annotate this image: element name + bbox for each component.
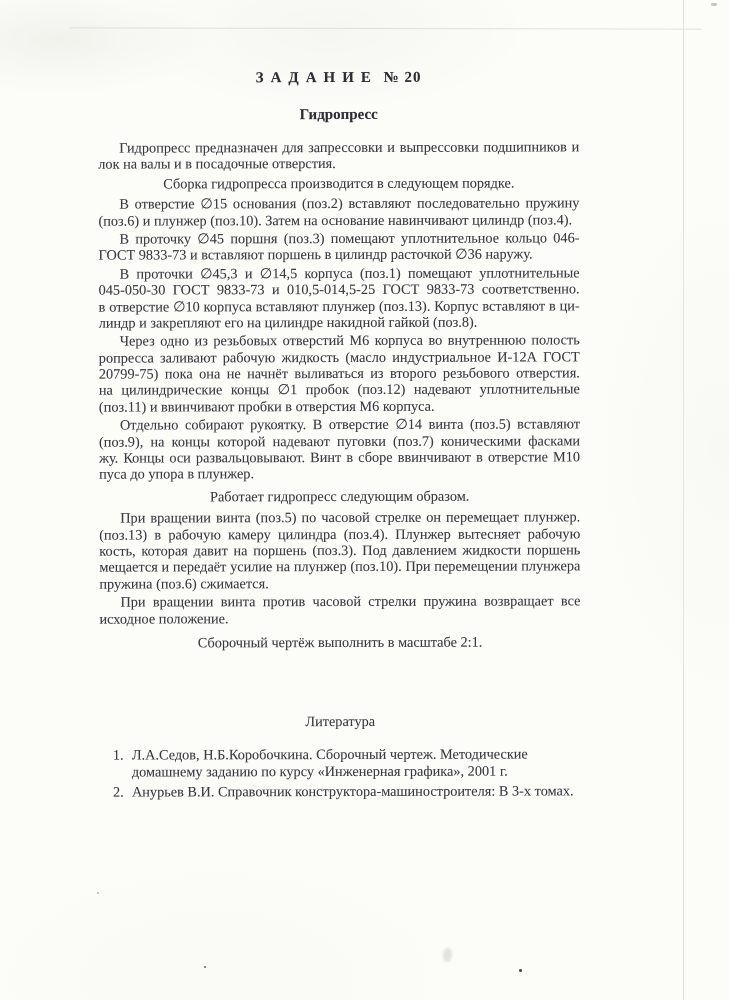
text-line: (поз.11) и ввинчивают пробки в отверстия…	[99, 398, 580, 416]
paragraph-intro: Гидропресс предназначен для запрессовки …	[98, 139, 579, 173]
text-line: жу. Концы оси развальцовывают. Винт в сб…	[99, 449, 580, 467]
assembly-order-heading: Сборка гидропресса производится в следую…	[98, 175, 579, 193]
text-line: 20799-75) пока она не начнёт выливаться …	[99, 365, 580, 383]
text-line: В проточки ∅45,3 и ∅14,5 корпуса (поз.1)…	[99, 265, 580, 283]
list-number: 1.	[100, 748, 132, 781]
paragraph-operation-1: При вращении винта (поз.5) по часовой ст…	[99, 510, 580, 593]
paragraph-assembly-3: В проточки ∅45,3 и ∅14,5 корпуса (поз.1)…	[99, 265, 580, 332]
text-line: лок на валы и в посадочные отверстия.	[98, 156, 579, 174]
scan-edge-line-top	[70, 27, 702, 29]
text-line: кость, которая давит на поршень (поз.3).…	[99, 542, 580, 560]
paragraph-assembly-1: В отверстие ∅15 основания (поз.2) вставл…	[98, 196, 579, 230]
literature-item: 2. Анурьев В.И. Справочник конструктора-…	[100, 783, 581, 801]
scan-smudge	[443, 948, 452, 962]
scanned-document-screenshot: { "colors": { "paper": "#fcfcf9", "ink":…	[0, 0, 729, 1000]
literature-item-text: Анурьев В.И. Справочник конструктора-маш…	[132, 783, 581, 801]
literature-item-text: Л.А.Седов, Н.Б.Коробочкина. Сборочный че…	[132, 747, 581, 781]
paragraph-assembly-4: Через одно из резьбовых отверстий М6 кор…	[99, 333, 580, 416]
literature-item: 1. Л.А.Седов, Н.Б.Коробочкина. Сборочный…	[100, 747, 581, 781]
text-line: (поз.13) в рабочую камеру цилиндра (поз.…	[99, 526, 580, 544]
text-line: Гидропресс предназначен для запрессовки …	[98, 139, 579, 157]
text-line: на цилиндрические концы ∅1 пробок (поз.1…	[99, 382, 580, 400]
text-line: линдр и закрепляют его на цилиндре накид…	[99, 314, 580, 332]
assignment-title-word: ЗАДАНИЕ	[256, 70, 378, 86]
text-line: При вращении винта против часовой стрелк…	[99, 594, 580, 612]
document-page: ЗАДАНИЕ № 20 Гидропресс Гидропресс предн…	[98, 69, 581, 803]
text-line: пружина (поз.6) сжимается.	[99, 575, 580, 593]
text-line: пуса до упора в плунжер.	[99, 466, 580, 484]
operation-heading: Работает гидропресс следующим образом.	[99, 488, 580, 506]
literature-heading: Литература	[100, 714, 581, 732]
assignment-number: № 20	[384, 70, 422, 86]
ink-speck	[711, 3, 717, 6]
text-line: (поз.9), на концы которой надевают пугов…	[99, 433, 580, 451]
text-line: ропресса заливают рабочую жидкость (масл…	[99, 349, 580, 367]
text-line: 045-050-30 ГОСТ 9833-73 и 010,5-014,5-25…	[99, 281, 580, 299]
text-line: домашнему заданию по курсу «Инженерная г…	[132, 763, 581, 781]
text-line: исходное положение.	[99, 610, 580, 628]
text-line: Анурьев В.И. Справочник конструктора-маш…	[132, 783, 581, 801]
ink-speck	[204, 966, 206, 968]
text-line: в отверстие ∅10 корпуса вставляют плунже…	[99, 298, 580, 316]
text-line: Через одно из резьбовых отверстий М6 кор…	[99, 333, 580, 351]
paragraph-assembly-2: В проточку ∅45 поршня (поз.3) помещают у…	[98, 230, 579, 264]
text-line: Отдельно собирают рукоятку. В отверстие …	[99, 417, 580, 435]
paragraph-operation-2: При вращении винта против часовой стрелк…	[99, 594, 580, 628]
list-number: 2.	[100, 784, 132, 801]
ink-speck	[519, 969, 522, 972]
scale-note: Сборочный чертёж выполнить в масштабе 2:…	[100, 634, 581, 652]
text-line: (поз.6) и плунжер (поз.10). Затем на осн…	[98, 212, 579, 230]
paragraph-assembly-5: Отдельно собирают рукоятку. В отверстие …	[99, 417, 580, 484]
text-line: ГОСТ 9833-73 и вставляют поршень в цилин…	[99, 247, 580, 265]
assignment-title: ЗАДАНИЕ № 20	[98, 69, 579, 87]
text-line: мещается и передаёт усилие на плунжер (п…	[99, 559, 580, 577]
ink-speck	[97, 892, 99, 894]
text-line: В проточку ∅45 поршня (поз.3) помещают у…	[98, 230, 579, 248]
text-line: При вращении винта (поз.5) по часовой ст…	[99, 510, 580, 528]
document-subject: Гидропресс	[98, 106, 579, 124]
text-line: В отверстие ∅15 основания (поз.2) вставл…	[98, 196, 579, 214]
text-line: Л.А.Седов, Н.Б.Коробочкина. Сборочный че…	[132, 747, 581, 765]
scan-edge-line-right	[683, 0, 684, 1000]
